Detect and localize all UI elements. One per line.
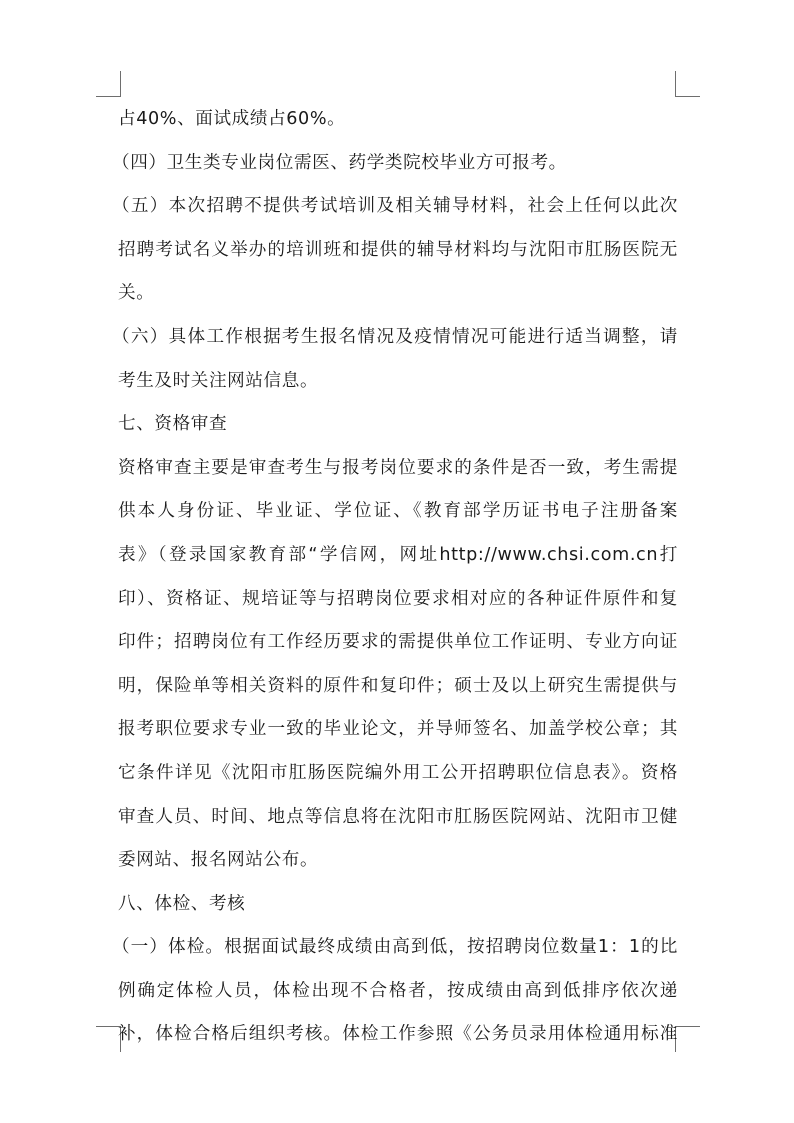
text-line: 考生及时关注网站信息。 (118, 360, 678, 404)
document-body: 占40%、面试成绩占60%。 （四）卫生类专业岗位需医、药学类院校毕业方可报考。… (118, 98, 678, 1057)
text-line: 明，保险单等相关资料的原件和复印件；硕士及以上研究生需提供与 (118, 665, 678, 709)
section-heading: 七、资格审查 (118, 403, 678, 447)
text-line: 资格审查主要是审查考生与报考岗位要求的条件是否一致，考生需提 (118, 447, 678, 491)
text-line: 关。 (118, 272, 678, 316)
text-line: 占40%、面试成绩占60%。 (118, 98, 678, 142)
crop-mark-bottom-right (675, 1026, 700, 1052)
text-line: 供本人身份证、毕业证、学位证、《教育部学历证书电子注册备案 (118, 490, 678, 534)
document-page: 占40%、面试成绩占60%。 （四）卫生类专业岗位需医、药学类院校毕业方可报考。… (0, 0, 794, 1123)
crop-mark-top-right (675, 71, 700, 97)
section-heading: 八、体检、考核 (118, 883, 678, 927)
text-line: 它条件详见《沈阳市肛肠医院编外用工公开招聘职位信息表》。资格 (118, 752, 678, 796)
text-line: （四）卫生类专业岗位需医、药学类院校毕业方可报考。 (112, 142, 678, 186)
text-line: 补，体检合格后组织考核。体检工作参照《公务员录用体检通用标准 (118, 1013, 678, 1057)
text-line: 报考职位要求专业一致的毕业论文，并导师签名、加盖学校公章；其 (118, 708, 678, 752)
text-line: 印件；招聘岗位有工作经历要求的需提供单位工作证明、专业方向证 (118, 621, 678, 665)
text-line: 招聘考试名义举办的培训班和提供的辅导材料均与沈阳市肛肠医院无 (118, 229, 678, 273)
text-line: 例确定体检人员，体检出现不合格者，按成绩由高到低排序依次递 (118, 970, 678, 1014)
text-line: 委网站、报名网站公布。 (118, 839, 678, 883)
text-line: 表》（登录国家教育部“学信网，网址http://www.chsi.com.cn打 (118, 534, 678, 578)
text-line: 审查人员、时间、地点等信息将在沈阳市肛肠医院网站、沈阳市卫健 (118, 796, 678, 840)
text-line: （一）体检。根据面试最终成绩由高到低，按招聘岗位数量1：1的比 (112, 926, 678, 970)
text-line: 印）、资格证、规培证等与招聘岗位要求相对应的各种证件原件和复 (118, 578, 678, 622)
text-line: （六）具体工作根据考生报名情况及疫情情况可能进行适当调整，请 (112, 316, 678, 360)
crop-mark-top-left (96, 71, 121, 97)
text-line: （五）本次招聘不提供考试培训及相关辅导材料，社会上任何以此次 (112, 185, 678, 229)
